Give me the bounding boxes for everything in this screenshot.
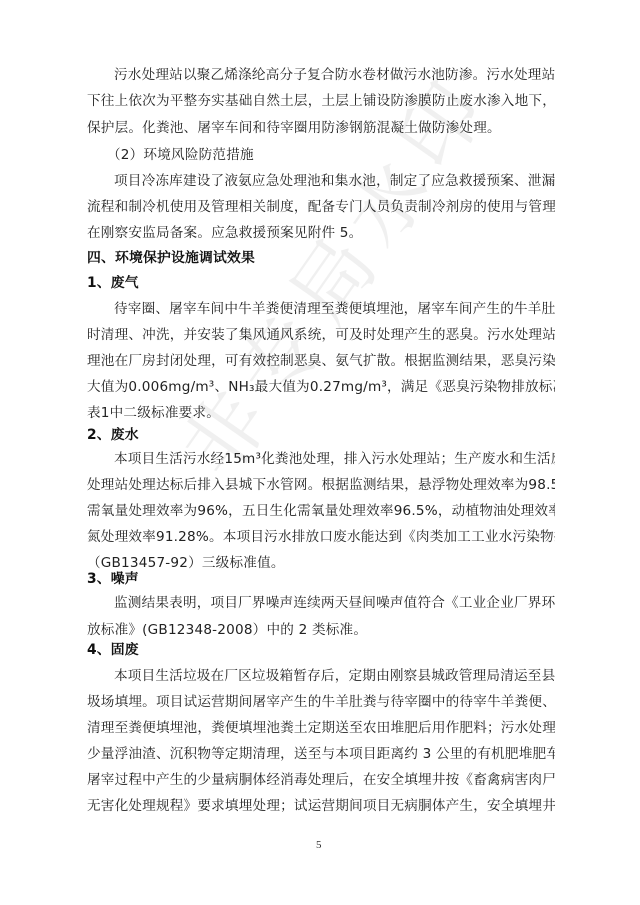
paragraph-line: 大值为0.006mg/m³、NH₃最大值为0.27mg/m³，满足《恶臭污染物排… [87, 378, 555, 396]
paragraph-line: 理池在厂房封闭处理，可有效控制恶臭、氨气扩散。根据监测结果，恶臭污染物H₂S最 [87, 352, 555, 370]
paragraph-line: 屠宰过程中产生的少量病胴体经消毒处理后，在安全填埋井按《畜禽病害肉尸及其产品 [87, 771, 555, 789]
paragraph-line: 监测结果表明，项目厂界噪声连续两天昼间噪声值符合《工业企业厂界环境噪声排 [114, 594, 555, 612]
subsection-heading-noise: 3、噪声 [87, 570, 555, 588]
page-number: 5 [316, 839, 322, 851]
paragraph-line: 下往上依次为平整夯实基础自然土层，土层上铺设防渗膜防止废水渗入地下，在其上铺 [87, 92, 555, 110]
paragraph-line: 项目冷冻库建设了液氨应急处理池和集水池，制定了应急救援预案、泄漏应急行动 [114, 172, 555, 190]
paragraph-line: 圾场填埋。项目试运营期间屠宰产生的牛羊肚粪与待宰圈中的待宰牛羊粪便、尿液每日 [87, 693, 555, 711]
paragraph-line: 需氧量处理效率为96%，五日生化需氧量处理效率96.5%，动植物油处理效率99.… [87, 502, 555, 520]
paragraph-line: 处理站处理达标后排入县城下水管网。根据监测结果，悬浮物处理效率为98.5%，化学 [87, 476, 555, 494]
paragraph-line: 放标准》(GB12348-2008）中的 2 类标准。 [87, 621, 555, 639]
paragraph-line: 清理至粪便填埋池，粪便填埋池粪土定期送至农田堆肥后用作肥料；污水处理站产生的 [87, 719, 555, 737]
subsection-heading-exhaust: 1、废气 [87, 274, 555, 292]
paragraph-line: 本项目生活垃圾在厂区垃圾箱暂存后，定期由刚察县城政管理局清运至县城生活垃 [114, 667, 555, 685]
paragraph-line: 流程和制冷机使用及管理相关制度，配备专门人员负责制冷剂房的使用与管理，并已在 [87, 198, 555, 216]
paragraph-line: 本项目生活污水经15m³化粪池处理，排入污水处理站；生产废水和生活废水经污水 [114, 450, 555, 468]
subsection-heading: （2）环境风险防范措施 [107, 146, 575, 164]
paragraph-line: 表1中二级标准要求。 [87, 404, 555, 422]
document-page: 非专局水印 污水处理站以聚乙烯涤纶高分子复合防水卷材做污水池防渗。污水处理站防渗… [0, 0, 640, 905]
paragraph-line: 时清理、冲洗，并安装了集风通风系统，可及时处理产生的恶臭。污水处理站的污水处 [87, 326, 555, 344]
paragraph-line: 氮处理效率91.28%。本项目污水排放口废水能达到《肉类加工工业水污染物排放标准… [87, 528, 555, 546]
subsection-heading-solid-waste: 4、固废 [87, 641, 555, 659]
paragraph-line: 在刚察安监局备案。应急救援预案见附件 5。 [87, 224, 555, 242]
paragraph-line: 少量浮油渣、沉积物等定期清理，送至与本项目距离约 3 公里的有机肥堆肥车间处理。 [87, 745, 555, 763]
paragraph-line: 待宰圈、屠宰车间中牛羊粪便清理至粪便填埋池，屠宰车间产生的牛羊肚粪每日及 [114, 300, 555, 318]
subsection-heading-wastewater: 2、废水 [87, 426, 555, 444]
paragraph-line: 保护层。化粪池、屠宰车间和待宰圈用防渗钢筋混凝土做防渗处理。 [87, 119, 555, 137]
paragraph-line: 污水处理站以聚乙烯涤纶高分子复合防水卷材做污水池防渗。污水处理站防渗层从 [114, 66, 555, 84]
paragraph-line: 无害化处理规程》要求填埋处理；试运营期间项目无病胴体产生，安全填埋井未开始使 [87, 797, 555, 815]
section-heading: 四、环境保护设施调试效果 [87, 249, 555, 267]
